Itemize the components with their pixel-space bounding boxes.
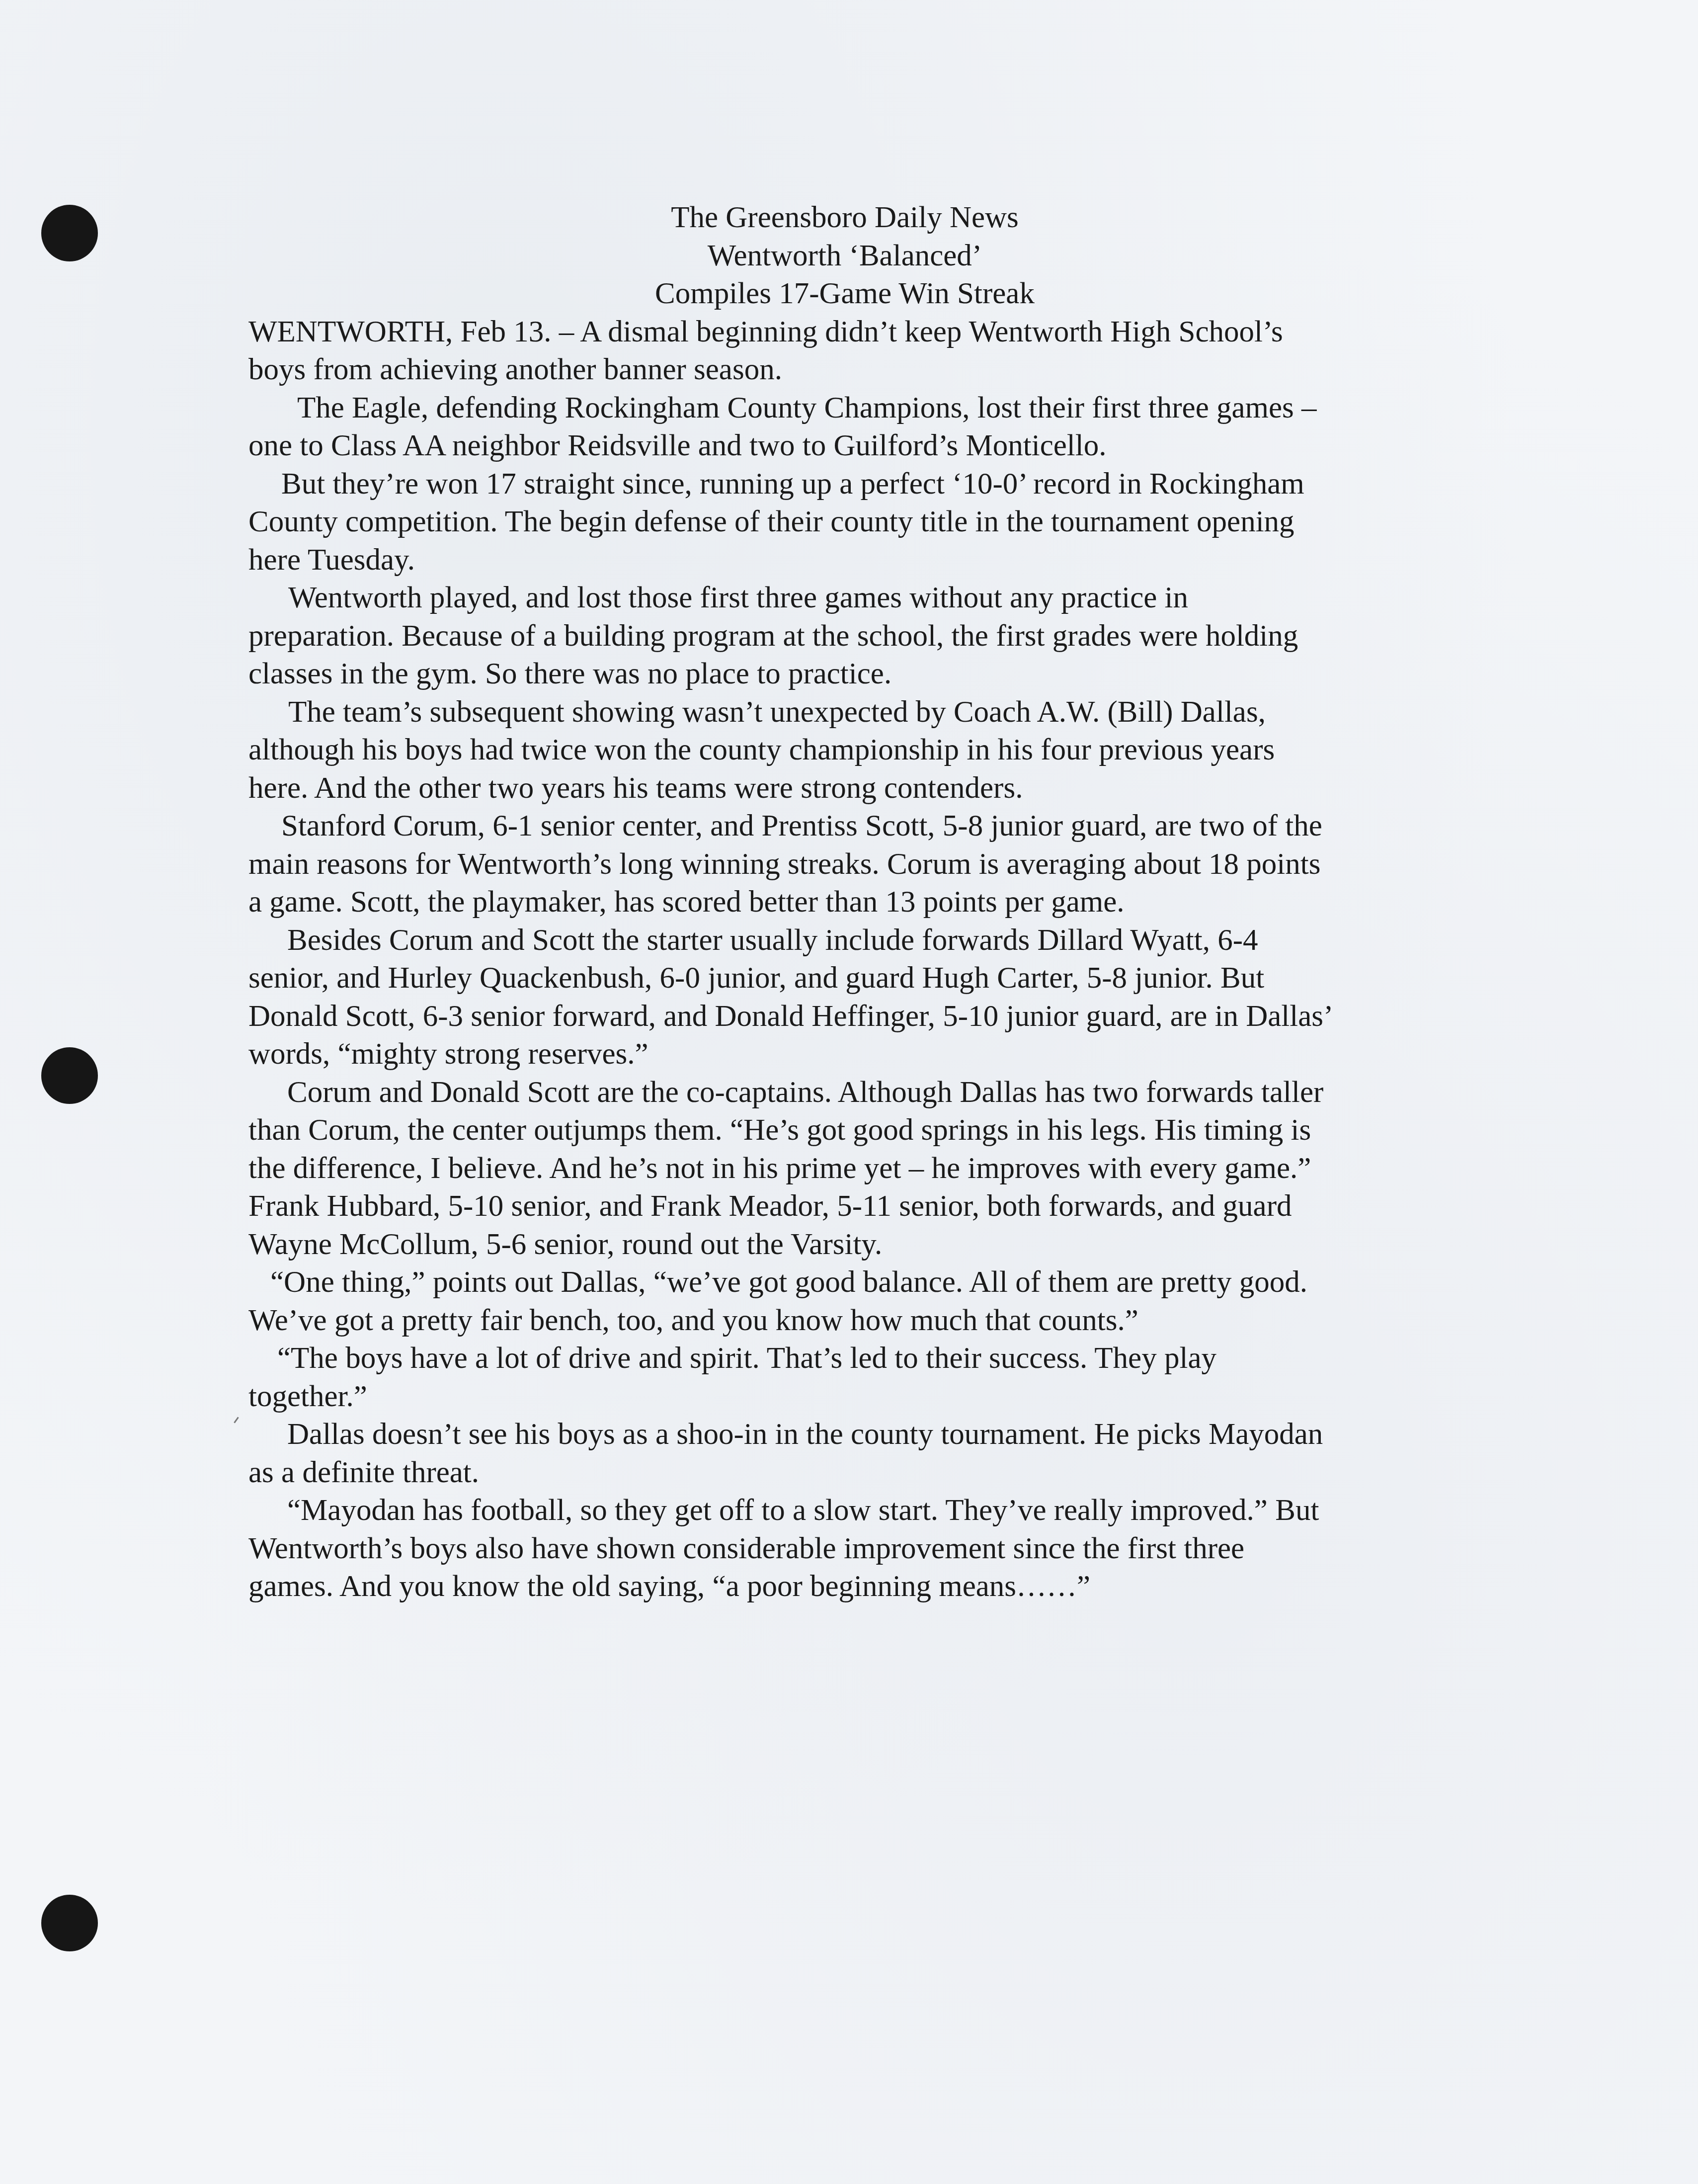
hole-punch-bottom xyxy=(41,1895,98,1951)
paragraph: Besides Corum and Scott the starter usua… xyxy=(248,922,1456,1074)
text-line: here Tuesday. xyxy=(248,541,1456,580)
scanned-page: The Greensboro Daily News Wentworth ‘Bal… xyxy=(0,0,1698,2184)
text-line: Frank Hubbard, 5-10 senior, and Frank Me… xyxy=(248,1187,1456,1226)
paragraph: The team’s subsequent showing wasn’t une… xyxy=(248,693,1456,808)
hole-punch-middle xyxy=(41,1047,98,1104)
text-line: Besides Corum and Scott the starter usua… xyxy=(248,922,1456,960)
text-line: Dallas doesn’t see his boys as a shoo-in… xyxy=(248,1416,1456,1454)
paragraph: The Eagle, defending Rockingham County C… xyxy=(248,389,1456,465)
text-line: County competition. The begin defense of… xyxy=(248,503,1456,541)
text-line: WENTWORTH, Feb 13. – A dismal beginning … xyxy=(248,313,1456,351)
text-line: Donald Scott, 6-3 senior forward, and Do… xyxy=(248,998,1456,1036)
article: The Greensboro Daily News Wentworth ‘Bal… xyxy=(248,199,1456,1606)
article-header: The Greensboro Daily News Wentworth ‘Bal… xyxy=(248,199,1441,313)
text-line: here. And the other two years his teams … xyxy=(248,769,1456,808)
text-line: The team’s subsequent showing wasn’t une… xyxy=(248,693,1456,732)
text-line: senior, and Hurley Quackenbush, 6-0 juni… xyxy=(248,959,1456,998)
text-line: classes in the gym. So there was no plac… xyxy=(248,655,1456,693)
text-line: although his boys had twice won the coun… xyxy=(248,731,1456,769)
paragraph: “The boys have a lot of drive and spirit… xyxy=(248,1340,1456,1416)
stray-mark xyxy=(234,1417,239,1423)
text-line: Wayne McCollum, 5-6 senior, round out th… xyxy=(248,1226,1456,1264)
publication-name: The Greensboro Daily News xyxy=(248,199,1441,237)
paragraph: Wentworth played, and lost those first t… xyxy=(248,579,1456,693)
text-line: the difference, I believe. And he’s not … xyxy=(248,1150,1456,1188)
subheadline: Compiles 17-Game Win Streak xyxy=(248,275,1441,313)
text-line: We’ve got a pretty fair bench, too, and … xyxy=(248,1302,1456,1340)
article-body: WENTWORTH, Feb 13. – A dismal beginning … xyxy=(248,313,1456,1606)
paragraph: WENTWORTH, Feb 13. – A dismal beginning … xyxy=(248,313,1456,389)
text-line: than Corum, the center outjumps them. “H… xyxy=(248,1111,1456,1150)
text-line: as a definite threat. xyxy=(248,1454,1456,1492)
text-line: together.” xyxy=(248,1378,1456,1416)
text-line: “The boys have a lot of drive and spirit… xyxy=(248,1340,1456,1378)
headline: Wentworth ‘Balanced’ xyxy=(248,237,1441,275)
text-line: one to Class AA neighbor Reidsville and … xyxy=(248,427,1456,465)
text-line: a game. Scott, the playmaker, has scored… xyxy=(248,883,1456,922)
paragraph: But they’re won 17 straight since, runni… xyxy=(248,465,1456,580)
paragraph: Dallas doesn’t see his boys as a shoo-in… xyxy=(248,1416,1456,1492)
text-line: preparation. Because of a building progr… xyxy=(248,617,1456,656)
text-line: Wentworth’s boys also have shown conside… xyxy=(248,1530,1456,1568)
text-line: boys from achieving another banner seaso… xyxy=(248,351,1456,389)
text-line: “One thing,” points out Dallas, “we’ve g… xyxy=(248,1263,1456,1302)
text-line: Stanford Corum, 6-1 senior center, and P… xyxy=(248,807,1456,845)
text-line: games. And you know the old saying, “a p… xyxy=(248,1568,1456,1606)
paragraph: Corum and Donald Scott are the co-captai… xyxy=(248,1074,1456,1264)
text-line: main reasons for Wentworth’s long winnin… xyxy=(248,845,1456,884)
paragraph: Stanford Corum, 6-1 senior center, and P… xyxy=(248,807,1456,922)
text-line: Wentworth played, and lost those first t… xyxy=(248,579,1456,617)
hole-punch-top xyxy=(41,205,98,261)
text-line: But they’re won 17 straight since, runni… xyxy=(248,465,1456,504)
text-line: Corum and Donald Scott are the co-captai… xyxy=(248,1074,1456,1112)
paragraph: “One thing,” points out Dallas, “we’ve g… xyxy=(248,1263,1456,1340)
text-line: words, “mighty strong reserves.” xyxy=(248,1035,1456,1074)
text-line: “Mayodan has football, so they get off t… xyxy=(248,1492,1456,1530)
paragraph: “Mayodan has football, so they get off t… xyxy=(248,1492,1456,1606)
text-line: The Eagle, defending Rockingham County C… xyxy=(248,389,1456,427)
